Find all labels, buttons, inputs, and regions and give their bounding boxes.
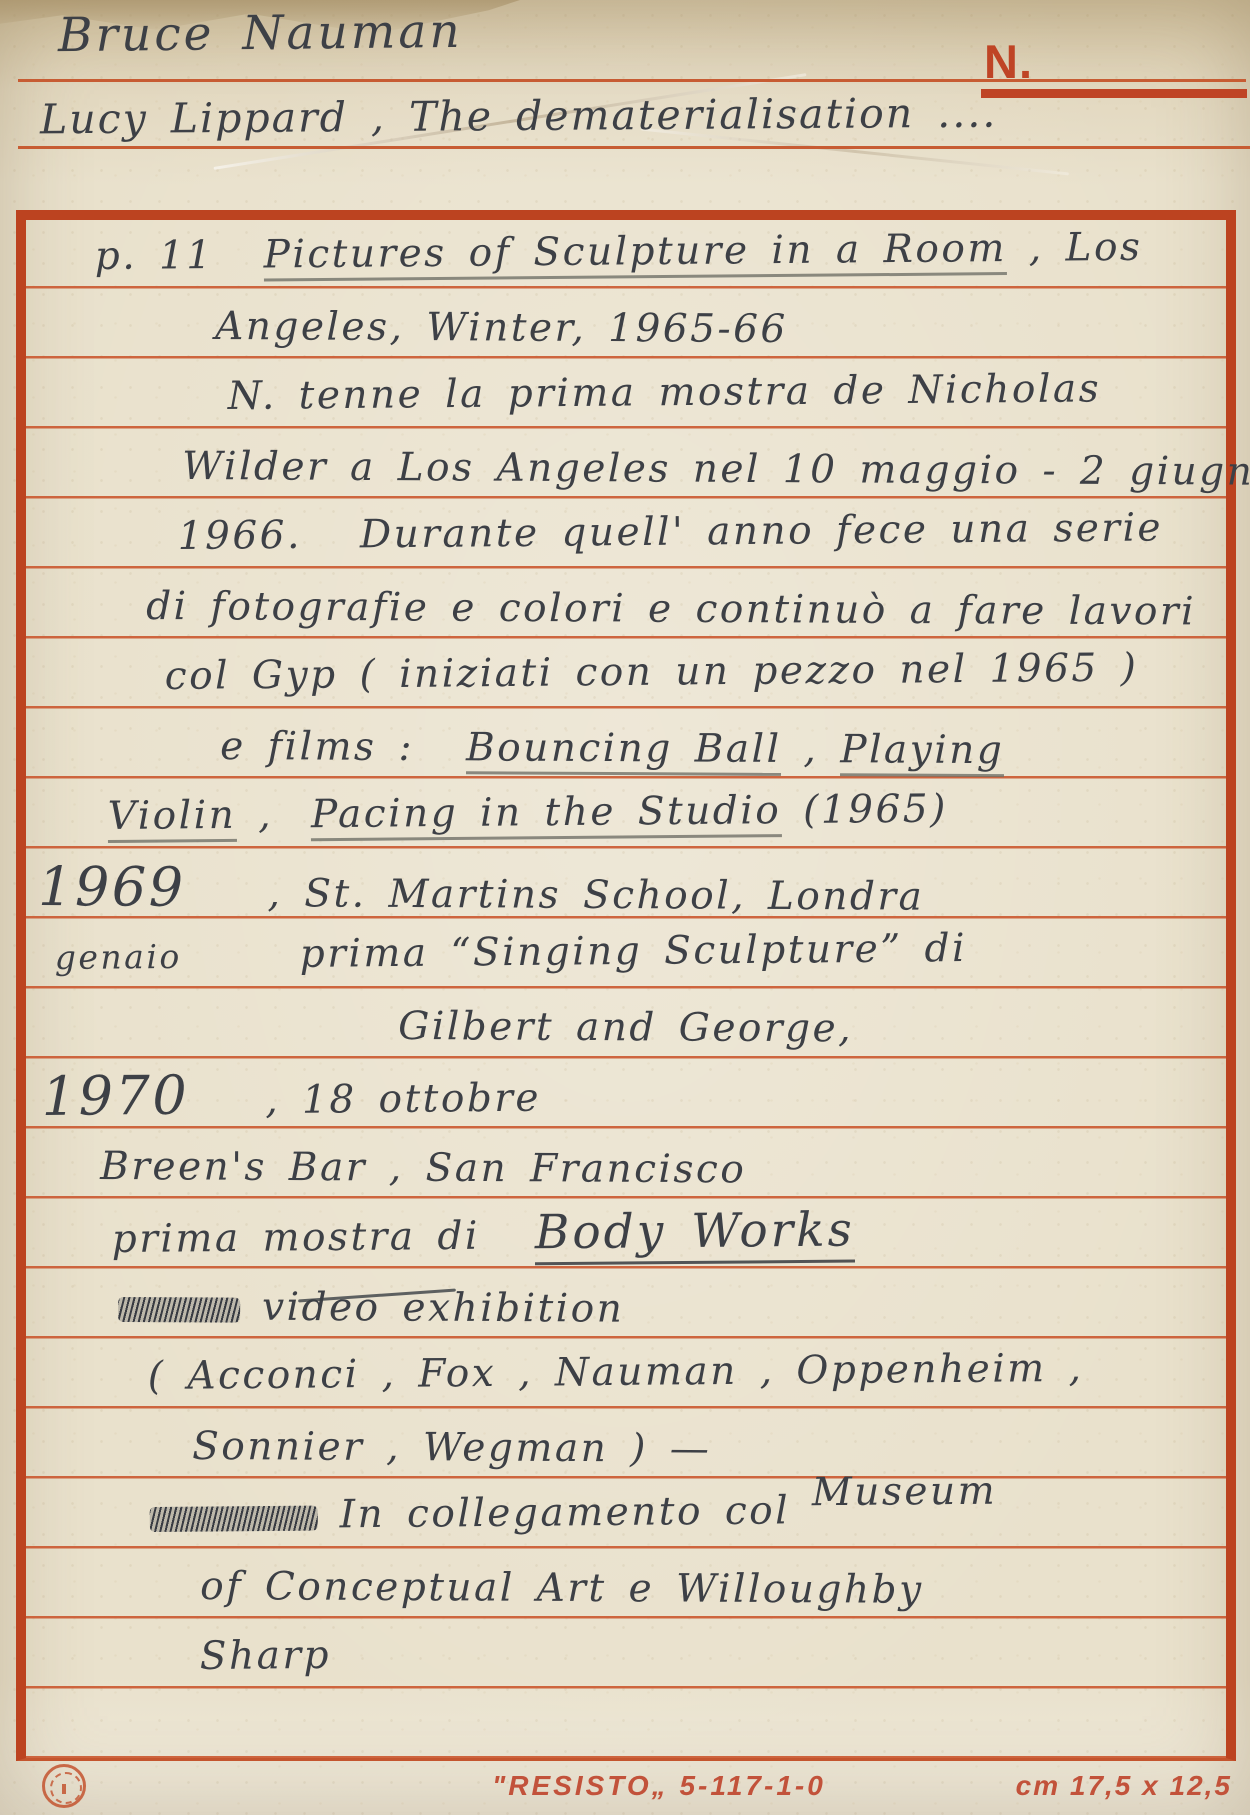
notes-lines: p. 11Pictures of Sculpture in a Room , L…: [0, 0, 1250, 1815]
handwritten-text: Wilder a Los Angeles nel 10 maggio - 2 g…: [182, 444, 1250, 495]
handwritten-line: Violin ,Pacing in the Studio (1965): [108, 784, 949, 845]
handwritten-line: e films :Bouncing Ball , Playing: [220, 721, 1004, 779]
handwritten-text: Durante quell' anno fece una serie: [360, 505, 1164, 557]
handwritten-text: of Conceptual Art e Willoughby: [200, 1564, 924, 1613]
year: 1970: [41, 1064, 189, 1128]
scribbled-out-word: [118, 1297, 240, 1323]
handwritten-line: N. tenne la prima mostra de Nicholas: [228, 363, 1102, 425]
handwritten-line: Breen's Bar , San Francisco: [100, 1141, 746, 1198]
handwritten-line: 1969, St. Martins School, Londra: [38, 861, 924, 920]
handwritten-text: In collegamento col: [318, 1488, 813, 1537]
handwritten-line: Sharp: [200, 1630, 332, 1685]
handwritten-line: ( Acconci , Fox , Nauman , Oppenheim ,: [148, 1343, 1084, 1405]
resisto-stamp-icon: [42, 1764, 86, 1808]
film-title: Bouncing Ball: [466, 725, 782, 776]
month: genaio: [55, 937, 182, 977]
handwritten-text: ,: [236, 793, 273, 838]
handwritten-text: Gilbert and George,: [398, 1004, 853, 1051]
handwritten-text: Sharp: [200, 1633, 332, 1679]
handwritten-text: Angeles, Winter, 1965-66: [215, 304, 788, 352]
handwritten-text: ( Acconci , Fox , Nauman , Oppenheim ,: [148, 1346, 1084, 1399]
handwritten-text: (1965): [781, 787, 948, 833]
handwritten-line: di fotografie e colori e continuò a fare…: [146, 581, 1196, 640]
handwritten-text: ,: [781, 727, 840, 772]
page-ref: p. 11: [95, 233, 214, 279]
handwritten-line: Wilder a Los Angeles nel 10 maggio - 2 g…: [182, 441, 1250, 501]
handwritten-text: col Gyp ( iniziati con un pezzo nel 1965…: [165, 646, 1139, 699]
notebook-page: Bruce Nauman N. Lucy Lippard , The demat…: [0, 0, 1250, 1815]
handwritten-text: Breen's Bar , San Francisco: [100, 1144, 746, 1192]
handwritten-text: N. tenne la prima mostra de Nicholas: [228, 366, 1102, 419]
handwritten-line: col Gyp ( iniziati con un pezzo nel 1965…: [165, 643, 1139, 705]
handwritten-line: prima mostra diBody Works: [112, 1205, 855, 1265]
handwritten-line: Angeles, Winter, 1965-66: [215, 301, 788, 358]
year: 1969: [38, 855, 186, 919]
film-title: Pacing in the Studio: [311, 788, 782, 841]
film-title: Playing: [840, 727, 1004, 777]
handwritten-line: Sonnier , Wegman ) —: [192, 1421, 711, 1478]
handwritten-text: e films :: [220, 724, 414, 770]
scribbled-out-word: [150, 1506, 318, 1532]
work-title: Pictures of Sculpture in a Room: [263, 226, 1007, 281]
gap-spacer: [302, 547, 360, 548]
handwritten-text: prima mostra di: [112, 1214, 480, 1262]
gap-spacer: [189, 1113, 265, 1114]
handwritten-line: video exhibition: [118, 1281, 624, 1338]
footer-paper-size: cm 17,5 x 12,5: [1016, 1770, 1232, 1802]
handwritten-text: , St. Martins School, Londra: [267, 871, 924, 919]
handwritten-line: Gilbert and George,: [398, 1001, 853, 1057]
handwritten-text: Sonnier , Wegman ) —: [192, 1424, 711, 1472]
footer-brand-text: "RESISTO„ 5-117-1-0: [492, 1770, 826, 1802]
stamp-center-mark: [62, 1784, 66, 1794]
stamp-inner-ring: [50, 1772, 82, 1804]
handwritten-text: , Los: [1007, 225, 1143, 271]
handwritten-line: 1966.Durante quell' anno fece una serie: [178, 502, 1164, 565]
handwritten-text: , 18 ottobre: [265, 1076, 541, 1123]
handwritten-line: p. 11Pictures of Sculpture in a Room , L…: [95, 222, 1143, 285]
handwritten-line: In collegamento col Museum: [150, 1484, 998, 1545]
exhibition-title: Body Works: [535, 1203, 855, 1266]
handwritten-line: of Conceptual Art e Willoughby: [200, 1561, 924, 1619]
handwritten-text: di fotografie e colori e continuò a fare…: [146, 584, 1196, 634]
gap-spacer: [182, 967, 300, 968]
handwritten-line: genaioprima “Singing Sculpture” di: [55, 923, 968, 985]
handwritten-text: prima “Singing Sculpture” di: [300, 926, 968, 977]
handwritten-text: 1966.: [178, 513, 303, 559]
handwritten-line: 1970, 18 ottobre: [42, 1067, 542, 1125]
film-title: Violin: [108, 793, 237, 843]
handwritten-text: Museum: [812, 1469, 998, 1516]
